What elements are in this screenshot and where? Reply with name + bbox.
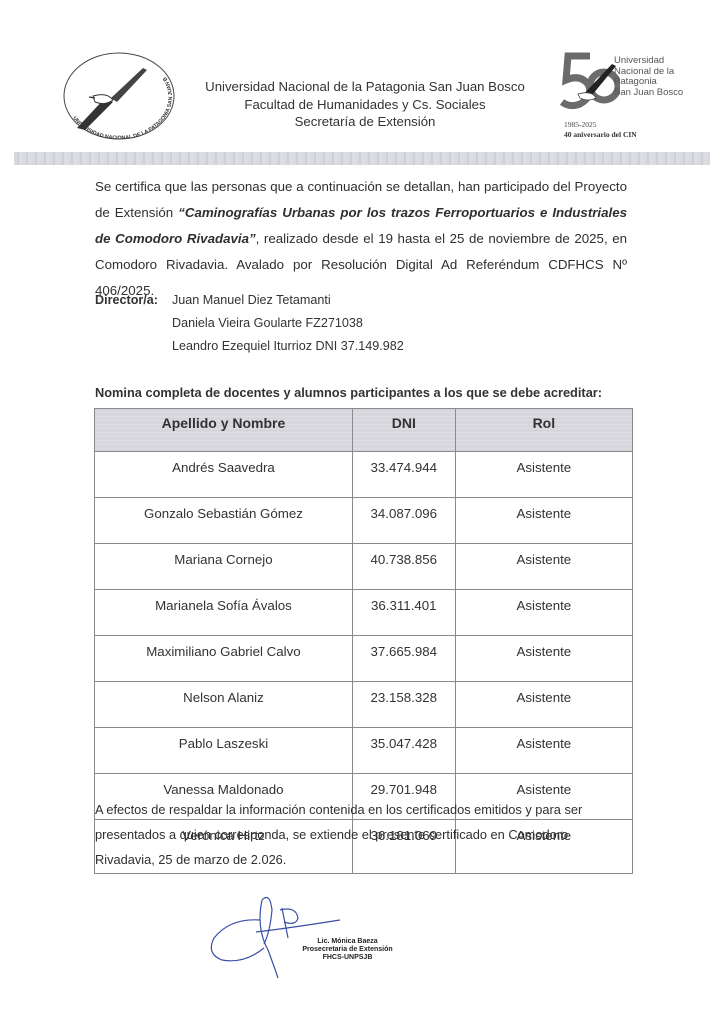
table-row: Maximiliano Gabriel Calvo37.665.984Asist…: [95, 636, 633, 682]
directors-label: Director/a:: [95, 289, 172, 312]
cell-dni: 35.047.428: [352, 728, 455, 774]
director-name: Leandro Ezequiel Iturrioz DNI 37.149.982: [95, 335, 404, 358]
svg-text:UNIVERSIDAD NACIONAL DE LA PAT: UNIVERSIDAD NACIONAL DE LA PATAGONIA SAN…: [55, 46, 174, 141]
director-name: Daniela Vieira Goularte FZ271038: [95, 312, 404, 335]
cell-dni: 23.158.328: [352, 682, 455, 728]
signatory-title: Prosecretaria de Extensión: [280, 946, 415, 954]
cell-name: Maximiliano Gabriel Calvo: [95, 636, 353, 682]
signatory-name: Lic. Mónica Baeza: [280, 938, 415, 946]
anniversary-years: 1985-2025: [564, 120, 597, 129]
cell-role: Asistente: [455, 682, 632, 728]
cell-dni: 37.665.984: [352, 636, 455, 682]
cell-dni: 34.087.096: [352, 498, 455, 544]
certification-paragraph: Se certifica que las personas que a cont…: [95, 174, 627, 304]
anniversary-university-name: Universidad Nacional de la Patagonia San…: [614, 56, 683, 98]
column-header-role: Rol: [455, 409, 632, 452]
signatory-stamp: Lic. Mónica Baeza Prosecretaria de Exten…: [280, 938, 415, 962]
table-row: Marianela Sofía Ávalos36.311.401Asistent…: [95, 590, 633, 636]
seal-ring-text: UNIVERSIDAD NACIONAL DE LA PATAGONIA SAN…: [55, 46, 174, 141]
column-header-dni: DNI: [352, 409, 455, 452]
cell-dni: 36.311.401: [352, 590, 455, 636]
cell-name: Marianela Sofía Ávalos: [95, 590, 353, 636]
cell-name: Mariana Cornejo: [95, 544, 353, 590]
signatory-unit: FHCS-UNPSJB: [280, 954, 415, 962]
table-row: Gonzalo Sebastián Gómez34.087.096Asisten…: [95, 498, 633, 544]
participants-heading: Nomina completa de docentes y alumnos pa…: [95, 385, 602, 400]
header-divider-band: [14, 152, 710, 165]
university-seal-logo: UNIVERSIDAD NACIONAL DE LA PATAGONIA SAN…: [55, 46, 185, 146]
table-header-row: Apellido y Nombre DNI Rol: [95, 409, 633, 452]
anniversary-caption: 40 aniversario del CIN: [564, 130, 637, 139]
column-header-name: Apellido y Nombre: [95, 409, 353, 452]
faculty-name: Facultad de Humanidades y Cs. Sociales: [180, 96, 550, 114]
handwritten-signature-icon: [200, 888, 420, 980]
cell-role: Asistente: [455, 544, 632, 590]
cell-role: Asistente: [455, 636, 632, 682]
cell-name: Pablo Laszeski: [95, 728, 353, 774]
albatross-icon: [77, 68, 147, 130]
table-row: Mariana Cornejo40.738.856Asistente: [95, 544, 633, 590]
cell-dni: 33.474.944: [352, 452, 455, 498]
closing-paragraph: A efectos de respaldar la información co…: [95, 797, 627, 872]
cell-role: Asistente: [455, 728, 632, 774]
table-row: Nelson Alaniz23.158.328Asistente: [95, 682, 633, 728]
cell-role: Asistente: [455, 498, 632, 544]
department-name: Secretaría de Extensión: [180, 113, 550, 131]
cell-role: Asistente: [455, 590, 632, 636]
table-row: Andrés Saavedra33.474.944Asistente: [95, 452, 633, 498]
anniversary-logo: Universidad Nacional de la Patagonia San…: [560, 50, 700, 150]
cell-name: Gonzalo Sebastián Gómez: [95, 498, 353, 544]
institution-header: Universidad Nacional de la Patagonia San…: [180, 78, 550, 131]
university-name: Universidad Nacional de la Patagonia San…: [180, 78, 550, 96]
table-row: Pablo Laszeski35.047.428Asistente: [95, 728, 633, 774]
fifty-years-icon: [560, 50, 620, 112]
cell-name: Nelson Alaniz: [95, 682, 353, 728]
directors-block: Director/a:Juan Manuel Diez Tetamanti Da…: [95, 289, 404, 358]
signature-block: Lic. Mónica Baeza Prosecretaria de Exten…: [200, 888, 420, 980]
cell-role: Asistente: [455, 452, 632, 498]
cell-dni: 40.738.856: [352, 544, 455, 590]
cell-name: Andrés Saavedra: [95, 452, 353, 498]
director-name: Juan Manuel Diez Tetamanti: [172, 293, 331, 307]
